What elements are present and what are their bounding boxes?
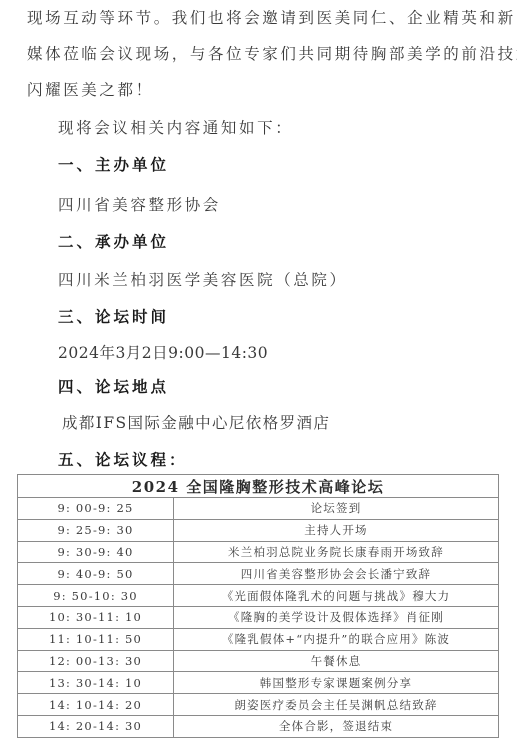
agenda-table: 2024 全国隆胸整形技术高峰论坛 9: 00-9: 25 论坛签到 9: 25…	[17, 474, 499, 738]
section-heading-host: 二、承办单位	[58, 232, 169, 252]
table-row: 9: 25-9: 30 主持人开场	[18, 519, 499, 541]
agenda-item: 米兰柏羽总院业务院长康春雨开场致辞	[174, 541, 499, 563]
agenda-time: 11: 10-11: 50	[18, 628, 174, 650]
agenda-title-row: 2024 全国隆胸整形技术高峰论坛	[18, 475, 499, 498]
intro-line-3: 闪耀医美之都！	[27, 80, 154, 100]
agenda-time: 9: 00-9: 25	[18, 498, 174, 520]
table-row: 14: 20-14: 30 全体合影，签退结束	[18, 715, 499, 737]
section-content-time: 2024年3月2日9:00—14:30	[58, 343, 268, 363]
agenda-item: 论坛签到	[174, 498, 499, 520]
agenda-time: 9: 40-9: 50	[18, 563, 174, 585]
agenda-title: 2024 全国隆胸整形技术高峰论坛	[18, 475, 499, 498]
section-heading-time: 三、论坛时间	[58, 307, 169, 327]
agenda-time: 12: 00-13: 30	[18, 650, 174, 672]
agenda-item: 主持人开场	[174, 519, 499, 541]
agenda-item: 《隆乳假体+“内提升”的联合应用》陈波	[174, 628, 499, 650]
intro-line-2: 媒体莅临会议现场，与各位专家们共同期待胸部美学的前沿技术	[27, 44, 517, 64]
agenda-item: 《隆胸的美学设计及假体选择》肖征刚	[174, 606, 499, 628]
section-heading-organizer: 一、主办单位	[58, 155, 169, 175]
section-content-organizer: 四川省美容整形协会	[58, 195, 221, 215]
table-row: 13: 30-14: 10 韩国整形专家课题案例分享	[18, 672, 499, 694]
table-row: 14: 10-14: 20 朗姿医疗委员会主任吴渊帆总结致辞	[18, 694, 499, 716]
table-row: 12: 00-13: 30 午餐休息	[18, 650, 499, 672]
agenda-time: 14: 20-14: 30	[18, 715, 174, 737]
table-row: 9: 40-9: 50 四川省美容整形协会会长潘宁致辞	[18, 563, 499, 585]
section-heading-agenda: 五、论坛议程：	[58, 450, 188, 470]
agenda-item: 《光面假体隆乳术的问题与挑战》穆大力	[174, 585, 499, 607]
agenda-time: 10: 30-11: 10	[18, 606, 174, 628]
section-heading-venue: 四、论坛地点	[58, 377, 169, 397]
agenda-time: 9: 50-10: 30	[18, 585, 174, 607]
agenda-item: 四川省美容整形协会会长潘宁致辞	[174, 563, 499, 585]
agenda-time: 9: 25-9: 30	[18, 519, 174, 541]
section-content-host: 四川米兰柏羽医学美容医院（总院）	[58, 270, 348, 290]
agenda-item: 朗姿医疗委员会主任吴渊帆总结致辞	[174, 694, 499, 716]
table-row: 10: 30-11: 10 《隆胸的美学设计及假体选择》肖征刚	[18, 606, 499, 628]
notice-text: 现将会议相关内容通知如下：	[58, 118, 293, 138]
section-content-venue: 成都IFS国际金融中心尼依格罗酒店	[62, 413, 330, 433]
table-row: 9: 50-10: 30 《光面假体隆乳术的问题与挑战》穆大力	[18, 585, 499, 607]
agenda-time: 9: 30-9: 40	[18, 541, 174, 563]
agenda-time: 14: 10-14: 20	[18, 694, 174, 716]
intro-line-1: 现场互动等环节。我们也将会邀请到医美同仁、企业精英和新闻	[27, 8, 517, 28]
agenda-item: 韩国整形专家课题案例分享	[174, 672, 499, 694]
agenda-time: 13: 30-14: 10	[18, 672, 174, 694]
agenda-item: 午餐休息	[174, 650, 499, 672]
table-row: 9: 30-9: 40 米兰柏羽总院业务院长康春雨开场致辞	[18, 541, 499, 563]
agenda-item: 全体合影，签退结束	[174, 715, 499, 737]
table-row: 11: 10-11: 50 《隆乳假体+“内提升”的联合应用》陈波	[18, 628, 499, 650]
table-row: 9: 00-9: 25 论坛签到	[18, 498, 499, 520]
